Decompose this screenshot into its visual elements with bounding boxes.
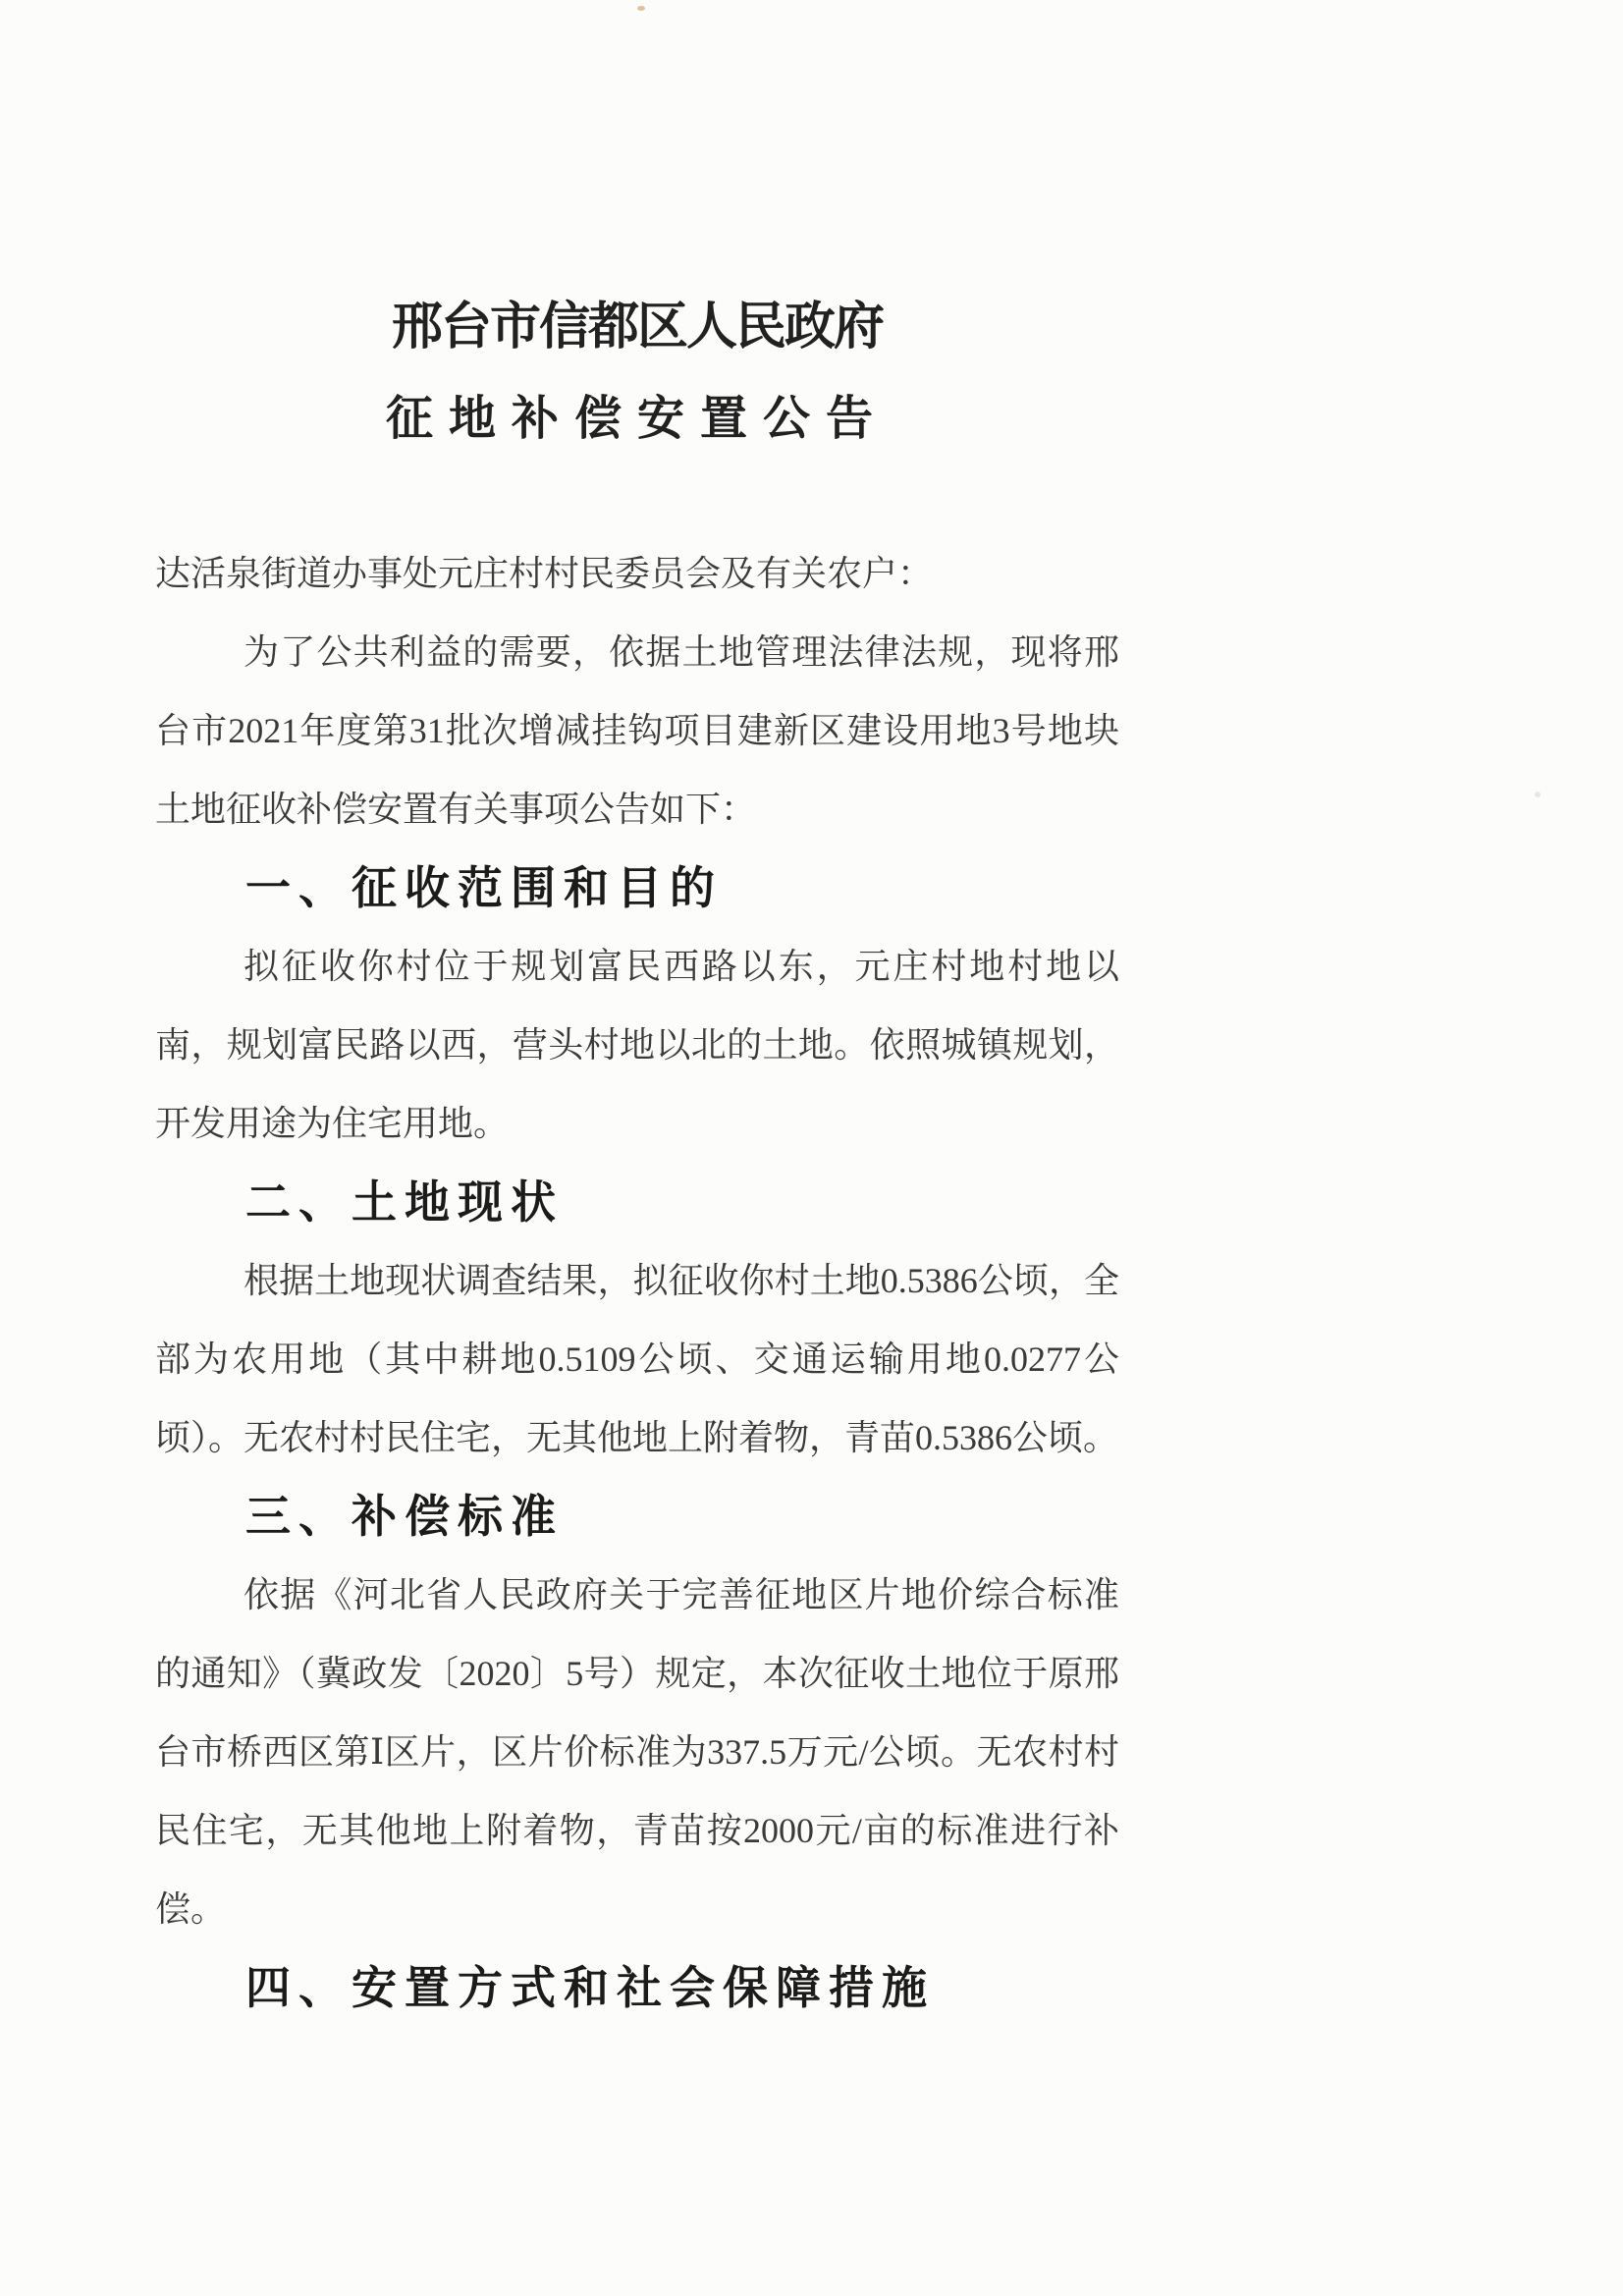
scan-speckle — [1535, 792, 1541, 797]
document-title: 邢台市信都区人民政府 征地补偿安置公告 — [155, 281, 1119, 465]
title-announcement-name: 征地补偿安置公告 — [155, 373, 1119, 465]
scanned-document-page: 邢台市信都区人民政府 征地补偿安置公告 达活泉街道办事处元庄村村民委员会及有关农… — [0, 0, 1623, 2296]
section-1-paragraph: 拟征收你村位于规划富民西路以东，元庄村地村地以南，规划富民路以西，营头村地以北的… — [155, 927, 1119, 1163]
title-government-name: 邢台市信都区人民政府 — [155, 281, 1119, 373]
section-2-heading: 二、土地现状 — [155, 1163, 1119, 1241]
document-body: 达活泉街道办事处元庄村村民委员会及有关农户： 为了公共利益的需要，依据土地管理法… — [155, 534, 1119, 2027]
document-content: 邢台市信都区人民政府 征地补偿安置公告 达活泉街道办事处元庄村村民委员会及有关农… — [155, 0, 1119, 2027]
section-3-heading: 三、补偿标准 — [155, 1477, 1119, 1556]
section-1-heading: 一、征收范围和目的 — [155, 848, 1119, 927]
section-3-paragraph: 依据《河北省人民政府关于完善征地区片地价综合标准的通知》（冀政发〔2020〕5号… — [155, 1556, 1119, 1948]
section-2-paragraph: 根据土地现状调查结果，拟征收你村土地0.5386公顷，全部为农用地（其中耕地0.… — [155, 1241, 1119, 1477]
intro-paragraph: 为了公共利益的需要，依据土地管理法律法规，现将邢台市2021年度第31批次增减挂… — [155, 613, 1119, 848]
section-4-heading: 四、安置方式和社会保障措施 — [155, 1948, 1119, 2027]
salutation-line: 达活泉街道办事处元庄村村民委员会及有关农户： — [155, 534, 1119, 613]
